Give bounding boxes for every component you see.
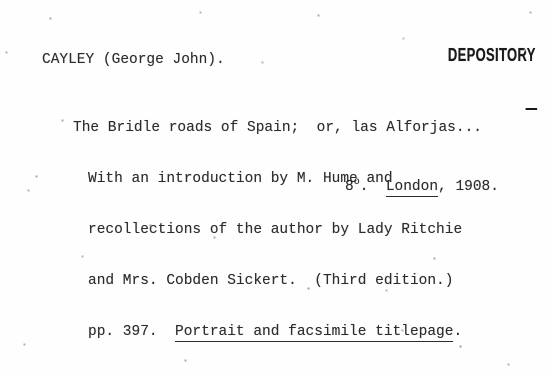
title-line-1: The Bridle roads of Spain; or, las Alfor… — [73, 120, 482, 137]
imprint-place-underlined: London — [386, 179, 438, 197]
title-line-4: and Mrs. Cobden Sickert. (Third edition.… — [73, 273, 482, 290]
imprint-separator: . — [360, 179, 386, 195]
imprint-line: 8o. London, 1908. — [345, 177, 499, 195]
stamp-underline-mark — [526, 108, 538, 110]
illustration-note-period: . — [453, 324, 462, 340]
title-paragraph: The Bridle roads of Spain; or, las Alfor… — [73, 86, 482, 374]
catalog-card: DEPOSITORY CAYLEY (George John). The Bri… — [0, 0, 550, 374]
pagination-text: pp. 397. — [88, 324, 175, 340]
title-line-3: recollections of the author by Lady Ritc… — [73, 222, 482, 239]
author-heading: CAYLEY (George John). — [42, 52, 225, 68]
title-line-5: pp. 397. Portrait and facsimile titlepag… — [73, 324, 482, 341]
depository-stamp-label: DEPOSITORY — [448, 45, 536, 65]
scan-noise-specks — [0, 0, 1, 1]
format-number: 8 — [345, 179, 354, 195]
illustration-note-underlined: Portrait and facsimile titlepage — [175, 324, 453, 342]
imprint-year: , 1908. — [438, 179, 499, 195]
